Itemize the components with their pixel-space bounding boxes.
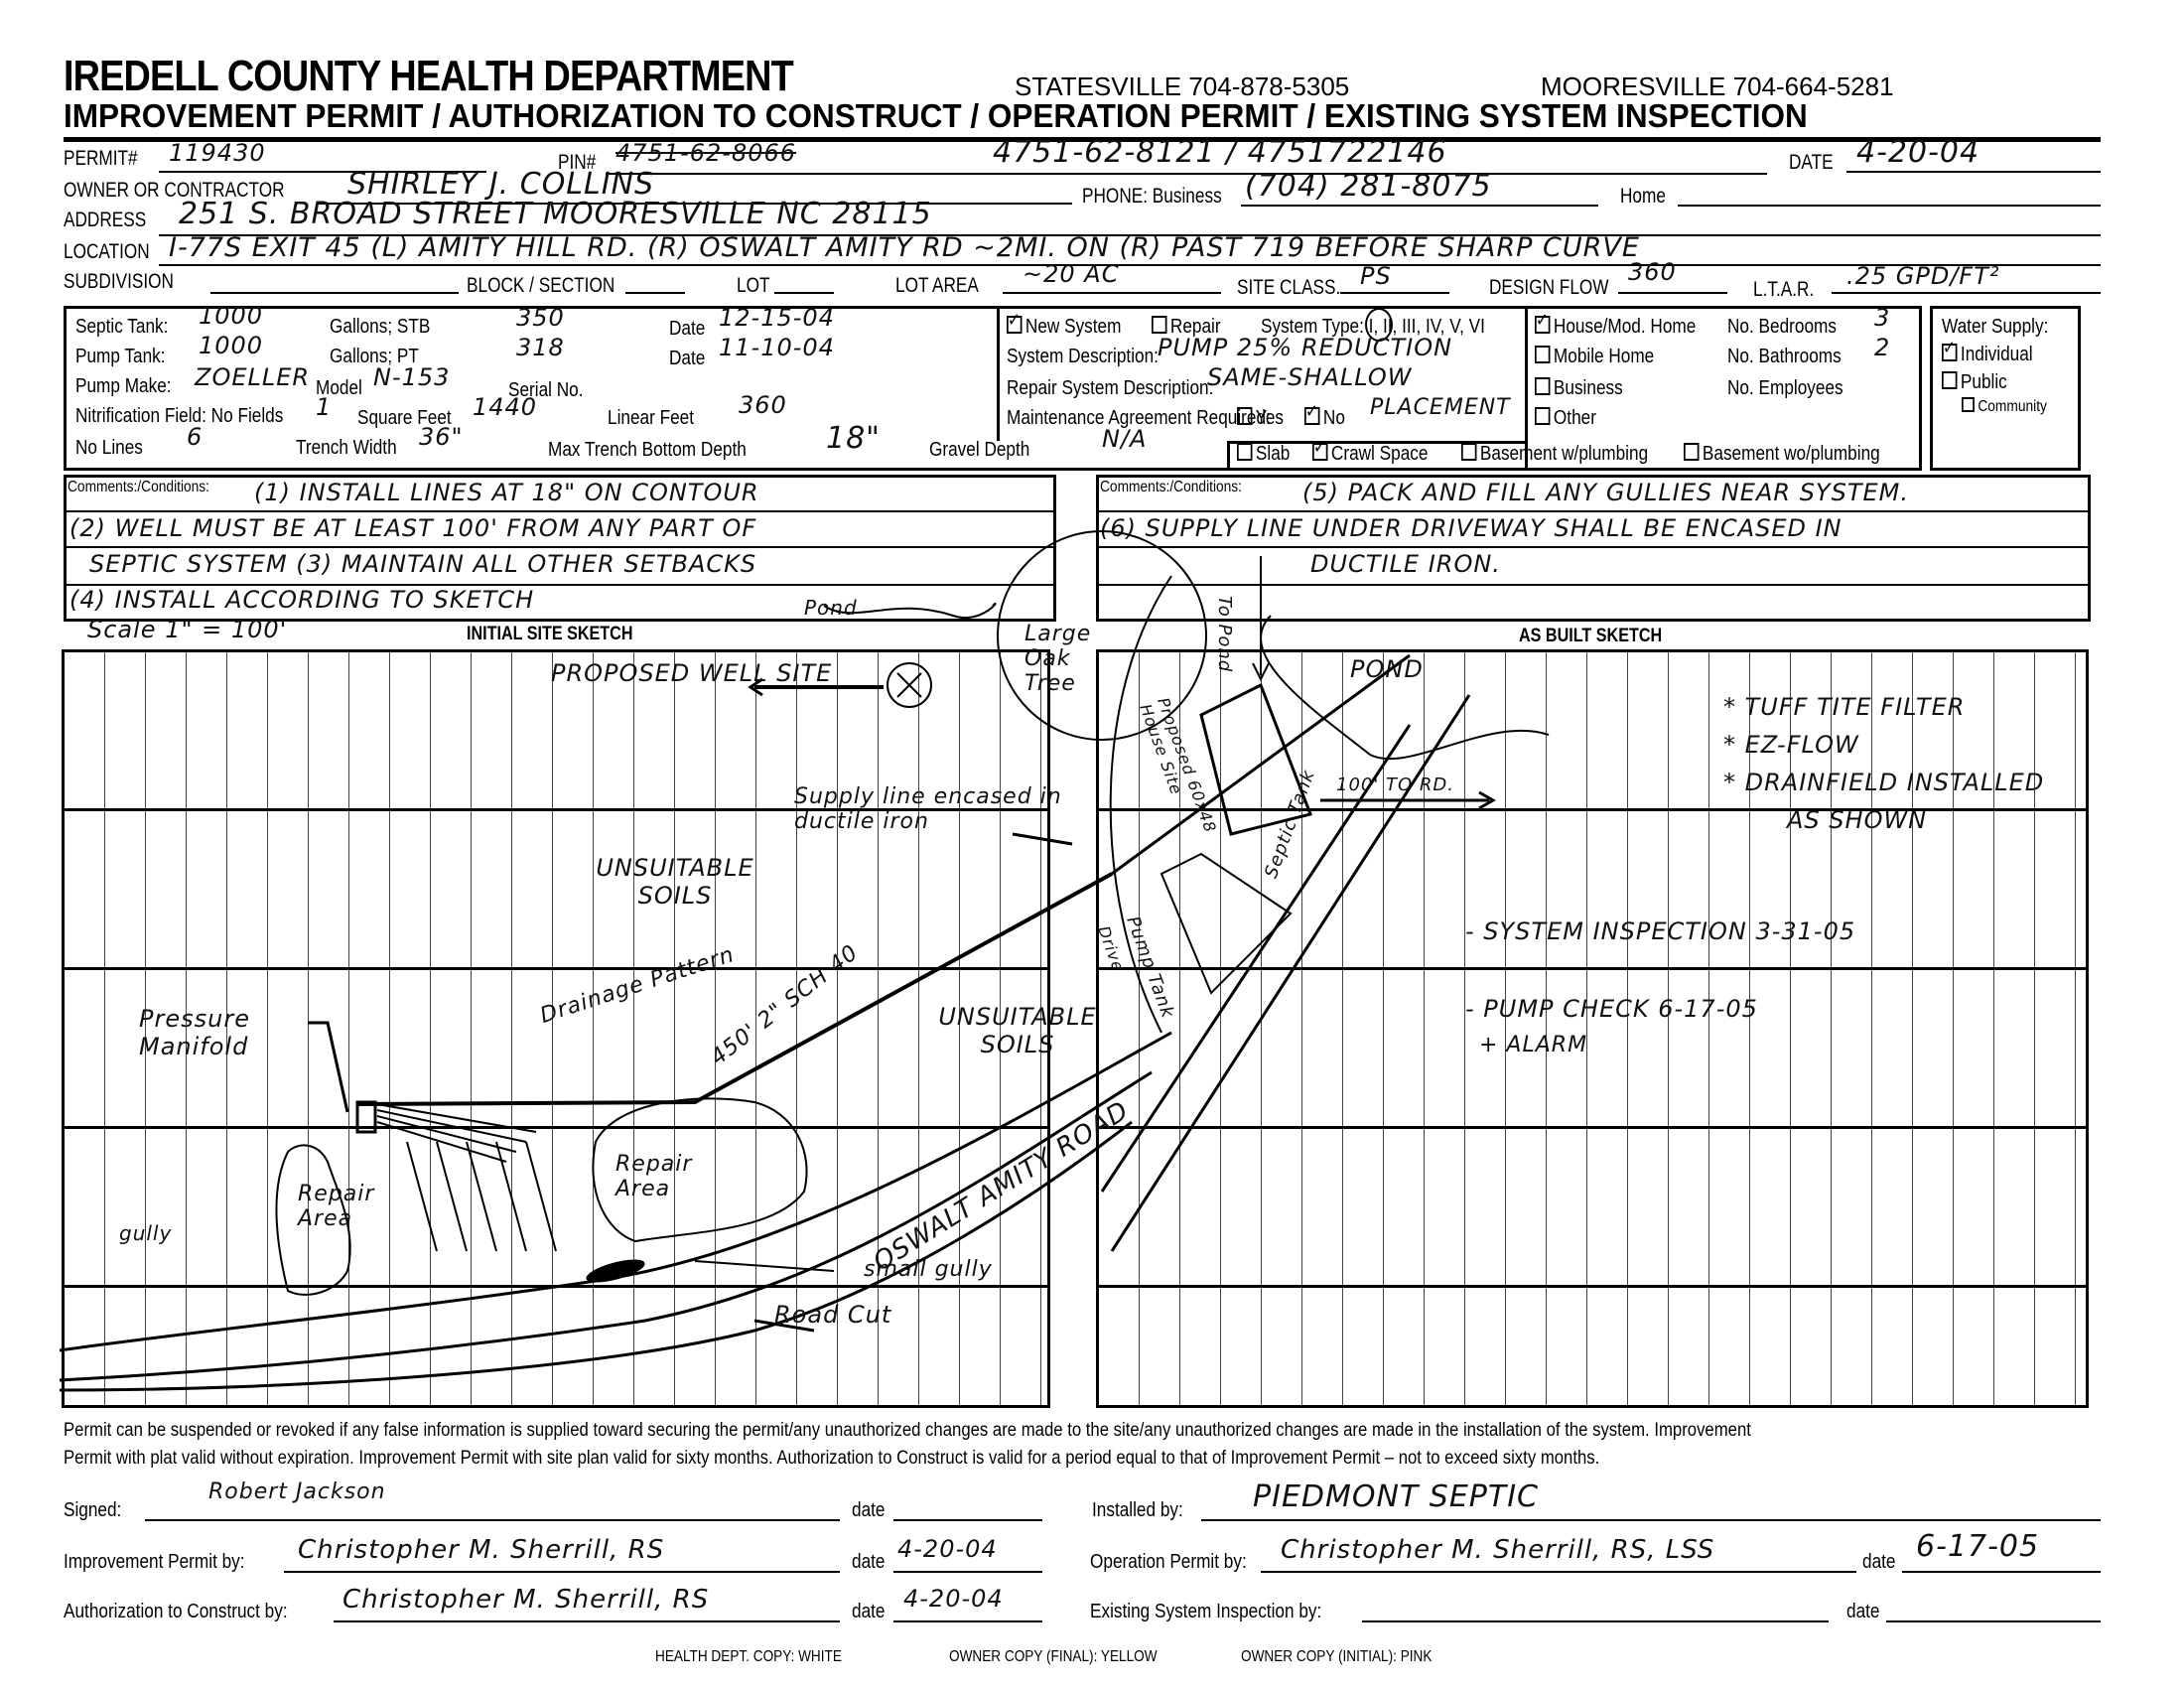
gravel-depth-label: Gravel Depth: [929, 439, 1029, 462]
comment-line-5: (5) PACK AND FILL ANY GULLIES NEAR SYSTE…: [1302, 479, 1909, 506]
location-value[interactable]: I-77S EXIT 45 (L) AMITY HILL RD. (R) OSW…: [169, 232, 1640, 263]
signed-date-label: date: [852, 1499, 885, 1522]
location-label: LOCATION: [64, 240, 150, 264]
note-as-shown: AS SHOWN: [1787, 806, 1927, 834]
slab-checkbox[interactable]: Slab: [1237, 443, 1290, 466]
house-label: House/Mod. Home: [1554, 316, 1696, 338]
site-class-underline: [1340, 292, 1449, 294]
department-title: IREDELL COUNTY HEALTH DEPARTMENT: [64, 52, 793, 101]
checkbox-icon: [1152, 316, 1166, 334]
operation-date[interactable]: 6-17-05: [1916, 1529, 2039, 1564]
lot-area-value[interactable]: ~20 AC: [1023, 260, 1119, 288]
comment-rule: [1096, 510, 2091, 512]
pond-label: Pond: [804, 596, 858, 620]
authorization-underline: [334, 1620, 840, 1622]
checkbox-icon: [1461, 443, 1476, 461]
stb-value[interactable]: 350: [516, 304, 565, 332]
large-oak-label: Large Oak Tree: [1024, 622, 1104, 696]
max-depth-label: Max Trench Bottom Depth: [548, 439, 747, 462]
note-pump-check: - PUMP CHECK 6-17-05: [1465, 995, 1758, 1023]
comment-rule: [64, 546, 1056, 548]
small-gully-label: small gully: [864, 1257, 993, 1282]
comment-rule: [1096, 546, 2091, 548]
community-checkbox[interactable]: Community: [1962, 397, 2047, 416]
operation-by-value[interactable]: Christopher M. Sherrill, RS, LSS: [1281, 1535, 1714, 1565]
permit-date[interactable]: 4-20-04: [1856, 135, 1979, 170]
maintenance-yes-checkbox[interactable]: Yes: [1237, 407, 1284, 430]
trench-width-value[interactable]: 36": [419, 423, 464, 451]
authorization-date-underline: [893, 1620, 1042, 1622]
bathrooms-value[interactable]: 2: [1874, 334, 1890, 361]
signed-underline: [145, 1519, 840, 1521]
phone-business[interactable]: (704) 281-8075: [1245, 169, 1492, 204]
crawl-space-checkbox[interactable]: Crawl Space: [1312, 443, 1428, 466]
gallons-stb-label: Gallons; STB: [330, 316, 430, 339]
signed-value[interactable]: Robert Jackson: [208, 1479, 386, 1504]
mobile-label: Mobile Home: [1554, 346, 1654, 367]
address-label: ADDRESS: [64, 209, 146, 232]
comment-line-1: (1) INSTALL LINES AT 18" ON CONTOUR: [254, 479, 759, 506]
divider: [997, 306, 1000, 441]
community-label: Community: [1978, 398, 2047, 415]
yes-label: Yes: [1256, 407, 1284, 429]
improvement-by-label: Improvement Permit by:: [64, 1551, 245, 1574]
no-label: No: [1323, 407, 1345, 429]
pt-value[interactable]: 318: [516, 334, 565, 361]
comment-line-3: SEPTIC SYSTEM (3) MAINTAIN ALL OTHER SET…: [89, 550, 756, 578]
checkbox-icon: [1962, 397, 1975, 412]
public-checkbox[interactable]: Public: [1942, 371, 2007, 394]
checkbox-icon: [1535, 407, 1550, 425]
existing-by-label: Existing System Inspection by:: [1090, 1601, 1321, 1623]
checkbox-checked-icon: [1007, 316, 1022, 334]
authorization-date-label: date: [852, 1601, 885, 1623]
bedrooms-value[interactable]: 3: [1874, 304, 1890, 332]
basement-wo-checkbox[interactable]: Basement wo/plumbing: [1684, 443, 1880, 466]
improvement-by-value[interactable]: Christopher M. Sherrill, RS: [298, 1535, 664, 1565]
lot-underline: [774, 292, 834, 294]
installed-by-label: Installed by:: [1092, 1499, 1183, 1522]
pin-struck: 4751-62-8066: [615, 139, 796, 167]
public-label: Public: [1961, 371, 2007, 393]
individual-checkbox[interactable]: Individual: [1942, 344, 2033, 366]
as-built-pond-label: POND: [1350, 655, 1424, 683]
basement-wo-label: Basement wo/plumbing: [1703, 443, 1880, 465]
divider: [1227, 441, 1230, 471]
installed-underline: [1201, 1519, 2101, 1521]
checkbox-icon: [1535, 377, 1550, 395]
note-ezflow: * EZ-FLOW: [1723, 731, 1859, 759]
unsuitable-soils-2-label: UNSUITABLE SOILS: [903, 1003, 1132, 1058]
address-value[interactable]: 251 S. BROAD STREET MOORESVILLE NC 28115: [179, 197, 932, 231]
bathrooms-label: No. Bathrooms: [1727, 346, 1842, 368]
note-system-inspection: - SYSTEM INSPECTION 3-31-05: [1465, 917, 1855, 945]
basement-w-checkbox[interactable]: Basement w/plumbing: [1461, 443, 1648, 466]
block-section-label: BLOCK / SECTION: [467, 274, 614, 298]
location-underline: [159, 264, 2101, 266]
pump-make-label: Pump Make:: [75, 375, 172, 398]
placement-note: PLACEMENT: [1370, 395, 1511, 420]
repair-area-right-label: Repair Area: [615, 1152, 705, 1201]
comment-rule: [64, 510, 1056, 512]
comment-line-7: DUCTILE IRON.: [1310, 550, 1501, 578]
checkbox-checked-icon: [1312, 443, 1327, 461]
pump-date[interactable]: 11-10-04: [719, 334, 835, 361]
initial-sketch-title: INITIAL SITE SKETCH: [467, 624, 633, 645]
design-flow-label: DESIGN FLOW: [1489, 276, 1609, 300]
crawl-label: Crawl Space: [1331, 443, 1429, 465]
form-title: IMPROVEMENT PERMIT / AUTHORIZATION TO CO…: [64, 97, 1808, 135]
repair-description-value[interactable]: SAME-SHALLOW: [1207, 363, 1413, 391]
pump-make[interactable]: ZOELLER: [195, 363, 310, 391]
other-checkbox[interactable]: Other: [1535, 407, 1596, 430]
comment-rule: [1096, 584, 2091, 586]
copy-owner-final: OWNER COPY (FINAL): YELLOW: [949, 1648, 1158, 1666]
operation-underline: [1261, 1571, 1856, 1573]
pump-tank-value[interactable]: 1000: [199, 332, 263, 359]
notice-line-1: Permit can be suspended or revoked if an…: [64, 1420, 1751, 1442]
installed-by-value[interactable]: PIEDMONT SEPTIC: [1253, 1479, 1539, 1514]
improvement-date[interactable]: 4-20-04: [897, 1535, 998, 1563]
operation-date-underline: [1902, 1571, 2101, 1573]
ltar-underline: [1832, 292, 2101, 294]
signed-date-underline: [893, 1519, 1042, 1521]
pump-tank-label: Pump Tank:: [75, 346, 166, 368]
repair-description-label: Repair System Description:: [1007, 377, 1213, 400]
operation-date-label: date: [1862, 1551, 1895, 1574]
authorization-by-label: Authorization to Construct by:: [64, 1601, 288, 1623]
square-feet-value[interactable]: 1440: [473, 393, 537, 421]
home-underline: [1678, 205, 2101, 207]
pump-date-label: Date: [669, 348, 705, 370]
permit-label: PERMIT#: [64, 147, 138, 171]
gully-label: gully: [119, 1221, 172, 1245]
comment-line-6: (6) SUPPLY LINE UNDER DRIVEWAY SHALL BE …: [1100, 514, 1843, 542]
home-label: Home: [1620, 185, 1666, 209]
business-checkbox[interactable]: Business: [1535, 377, 1623, 400]
proposed-well-label: PROPOSED WELL SITE: [551, 659, 832, 687]
subdivision-underline: [210, 292, 459, 294]
checkbox-checked-icon: [1942, 344, 1957, 361]
new-system-checkbox[interactable]: New System: [1007, 316, 1121, 339]
authorization-date[interactable]: 4-20-04: [903, 1585, 1004, 1613]
pin-number[interactable]: 4751-62-8121 / 4751722146: [993, 135, 1447, 170]
comment-line-2: (2) WELL MUST BE AT LEAST 100' FROM ANY …: [69, 514, 756, 542]
improvement-underline: [284, 1571, 840, 1573]
system-description-value[interactable]: PUMP 25% REDUCTION: [1158, 334, 1452, 361]
basement-w-label: Basement w/plumbing: [1480, 443, 1648, 465]
septic-tank-value[interactable]: 1000: [199, 302, 263, 330]
nitrification-label: Nitrification Field: No Fields: [75, 405, 283, 428]
linear-feet-label: Linear Feet: [608, 407, 694, 430]
maintenance-no-checkbox[interactable]: No: [1304, 407, 1345, 430]
to-pond-label: To Pond: [1214, 596, 1235, 672]
other-label: Other: [1554, 407, 1596, 429]
note-alarm: + ALARM: [1479, 1033, 1587, 1057]
checkbox-checked-icon: [1304, 407, 1319, 425]
pin-underline: [606, 173, 1767, 175]
lot-area-underline: [1003, 292, 1221, 294]
new-system-label: New System: [1025, 316, 1122, 338]
checkbox-icon: [1237, 443, 1252, 461]
business-label: Business: [1554, 377, 1623, 399]
employees-label: No. Employees: [1727, 377, 1843, 400]
pressure-manifold-label: Pressure Manifold: [139, 1005, 288, 1060]
lot-label: LOT: [737, 274, 769, 298]
design-flow-value[interactable]: 360: [1628, 258, 1677, 286]
checkbox-checked-icon: [1535, 316, 1550, 334]
no-lines-value[interactable]: 6: [187, 423, 203, 451]
septic-tank-label: Septic Tank:: [75, 316, 168, 339]
model-value[interactable]: N-153: [373, 363, 450, 391]
septic-date[interactable]: 12-15-04: [719, 304, 835, 332]
subdivision-label: SUBDIVISION: [64, 270, 174, 294]
supply-line-label: Supply line encased in ductile iron: [794, 784, 1132, 834]
site-class-value[interactable]: PS: [1360, 262, 1392, 290]
house-checkbox[interactable]: House/Mod. Home: [1535, 316, 1696, 339]
ltar-label: L.T.A.R.: [1753, 278, 1814, 302]
no-lines-label: No Lines: [75, 437, 143, 460]
sketch-scale: Scale 1" = 100': [87, 616, 287, 643]
bedrooms-label: No. Bedrooms: [1727, 316, 1837, 339]
as-built-sketch-title: AS BUILT SKETCH: [1519, 626, 1662, 647]
signed-label: Signed:: [64, 1499, 121, 1522]
to-road-label: 100' TO RD.: [1336, 774, 1454, 795]
permit-number[interactable]: 119430: [169, 139, 266, 167]
checkbox-icon: [1535, 346, 1550, 363]
individual-label: Individual: [1961, 344, 2033, 365]
design-flow-underline: [1618, 292, 1727, 294]
comments-left-label: Comments:/Conditions:: [68, 479, 209, 496]
checkbox-icon: [1237, 407, 1252, 425]
no-fields-value[interactable]: 1: [316, 393, 332, 421]
slab-label: Slab: [1256, 443, 1290, 465]
unsuitable-soils-label: UNSUITABLE SOILS: [566, 854, 784, 910]
site-class-label: SITE CLASS.: [1237, 276, 1340, 300]
comments-right-label: Comments:/Conditions:: [1100, 479, 1242, 496]
checkbox-icon: [1684, 443, 1699, 461]
date-underline: [1846, 171, 2101, 173]
date-label: DATE: [1789, 151, 1834, 175]
note-filter: * TUFF TITE FILTER: [1723, 693, 1965, 721]
improvement-date-underline: [893, 1571, 1042, 1573]
copy-health-dept: HEALTH DEPT. COPY: WHITE: [655, 1648, 842, 1666]
road-cut-label: Road Cut: [774, 1301, 891, 1329]
maintenance-label: Maintenance Agreement Required:: [1007, 407, 1271, 430]
copy-owner-initial: OWNER COPY (INITIAL): PINK: [1241, 1648, 1432, 1666]
notice-line-2: Permit with plat valid without expiratio…: [64, 1448, 1599, 1470]
lot-area-label: LOT AREA: [895, 274, 979, 298]
existing-date-label: date: [1846, 1601, 1879, 1623]
ltar-value[interactable]: .25 GPD/FT²: [1846, 262, 2000, 290]
repair-area-left-label: Repair Area: [298, 1182, 377, 1231]
block-underline: [625, 292, 685, 294]
authorization-by-value[interactable]: Christopher M. Sherrill, RS: [342, 1585, 709, 1615]
linear-feet-value[interactable]: 360: [739, 391, 787, 419]
water-supply-label: Water Supply:: [1942, 316, 2048, 339]
note-drainfield: * DRAINFIELD INSTALLED: [1723, 769, 2044, 796]
operation-by-label: Operation Permit by:: [1090, 1551, 1247, 1574]
checkbox-icon: [1942, 371, 1957, 389]
existing-date-underline: [1886, 1620, 2101, 1622]
improvement-date-label: date: [852, 1551, 885, 1574]
system-description-label: System Description:: [1007, 346, 1159, 368]
comment-line-4: (4) INSTALL ACCORDING TO SKETCH: [69, 586, 534, 614]
existing-underline: [1362, 1620, 1829, 1622]
trench-width-label: Trench Width: [296, 437, 397, 460]
phone-business-label: PHONE: Business: [1082, 185, 1222, 209]
septic-date-label: Date: [669, 318, 705, 341]
phone-underline: [1241, 205, 1598, 207]
max-depth-value[interactable]: 18": [826, 421, 881, 456]
mobile-home-checkbox[interactable]: Mobile Home: [1535, 346, 1654, 368]
as-built-sketch-grid[interactable]: [1096, 649, 2089, 1408]
